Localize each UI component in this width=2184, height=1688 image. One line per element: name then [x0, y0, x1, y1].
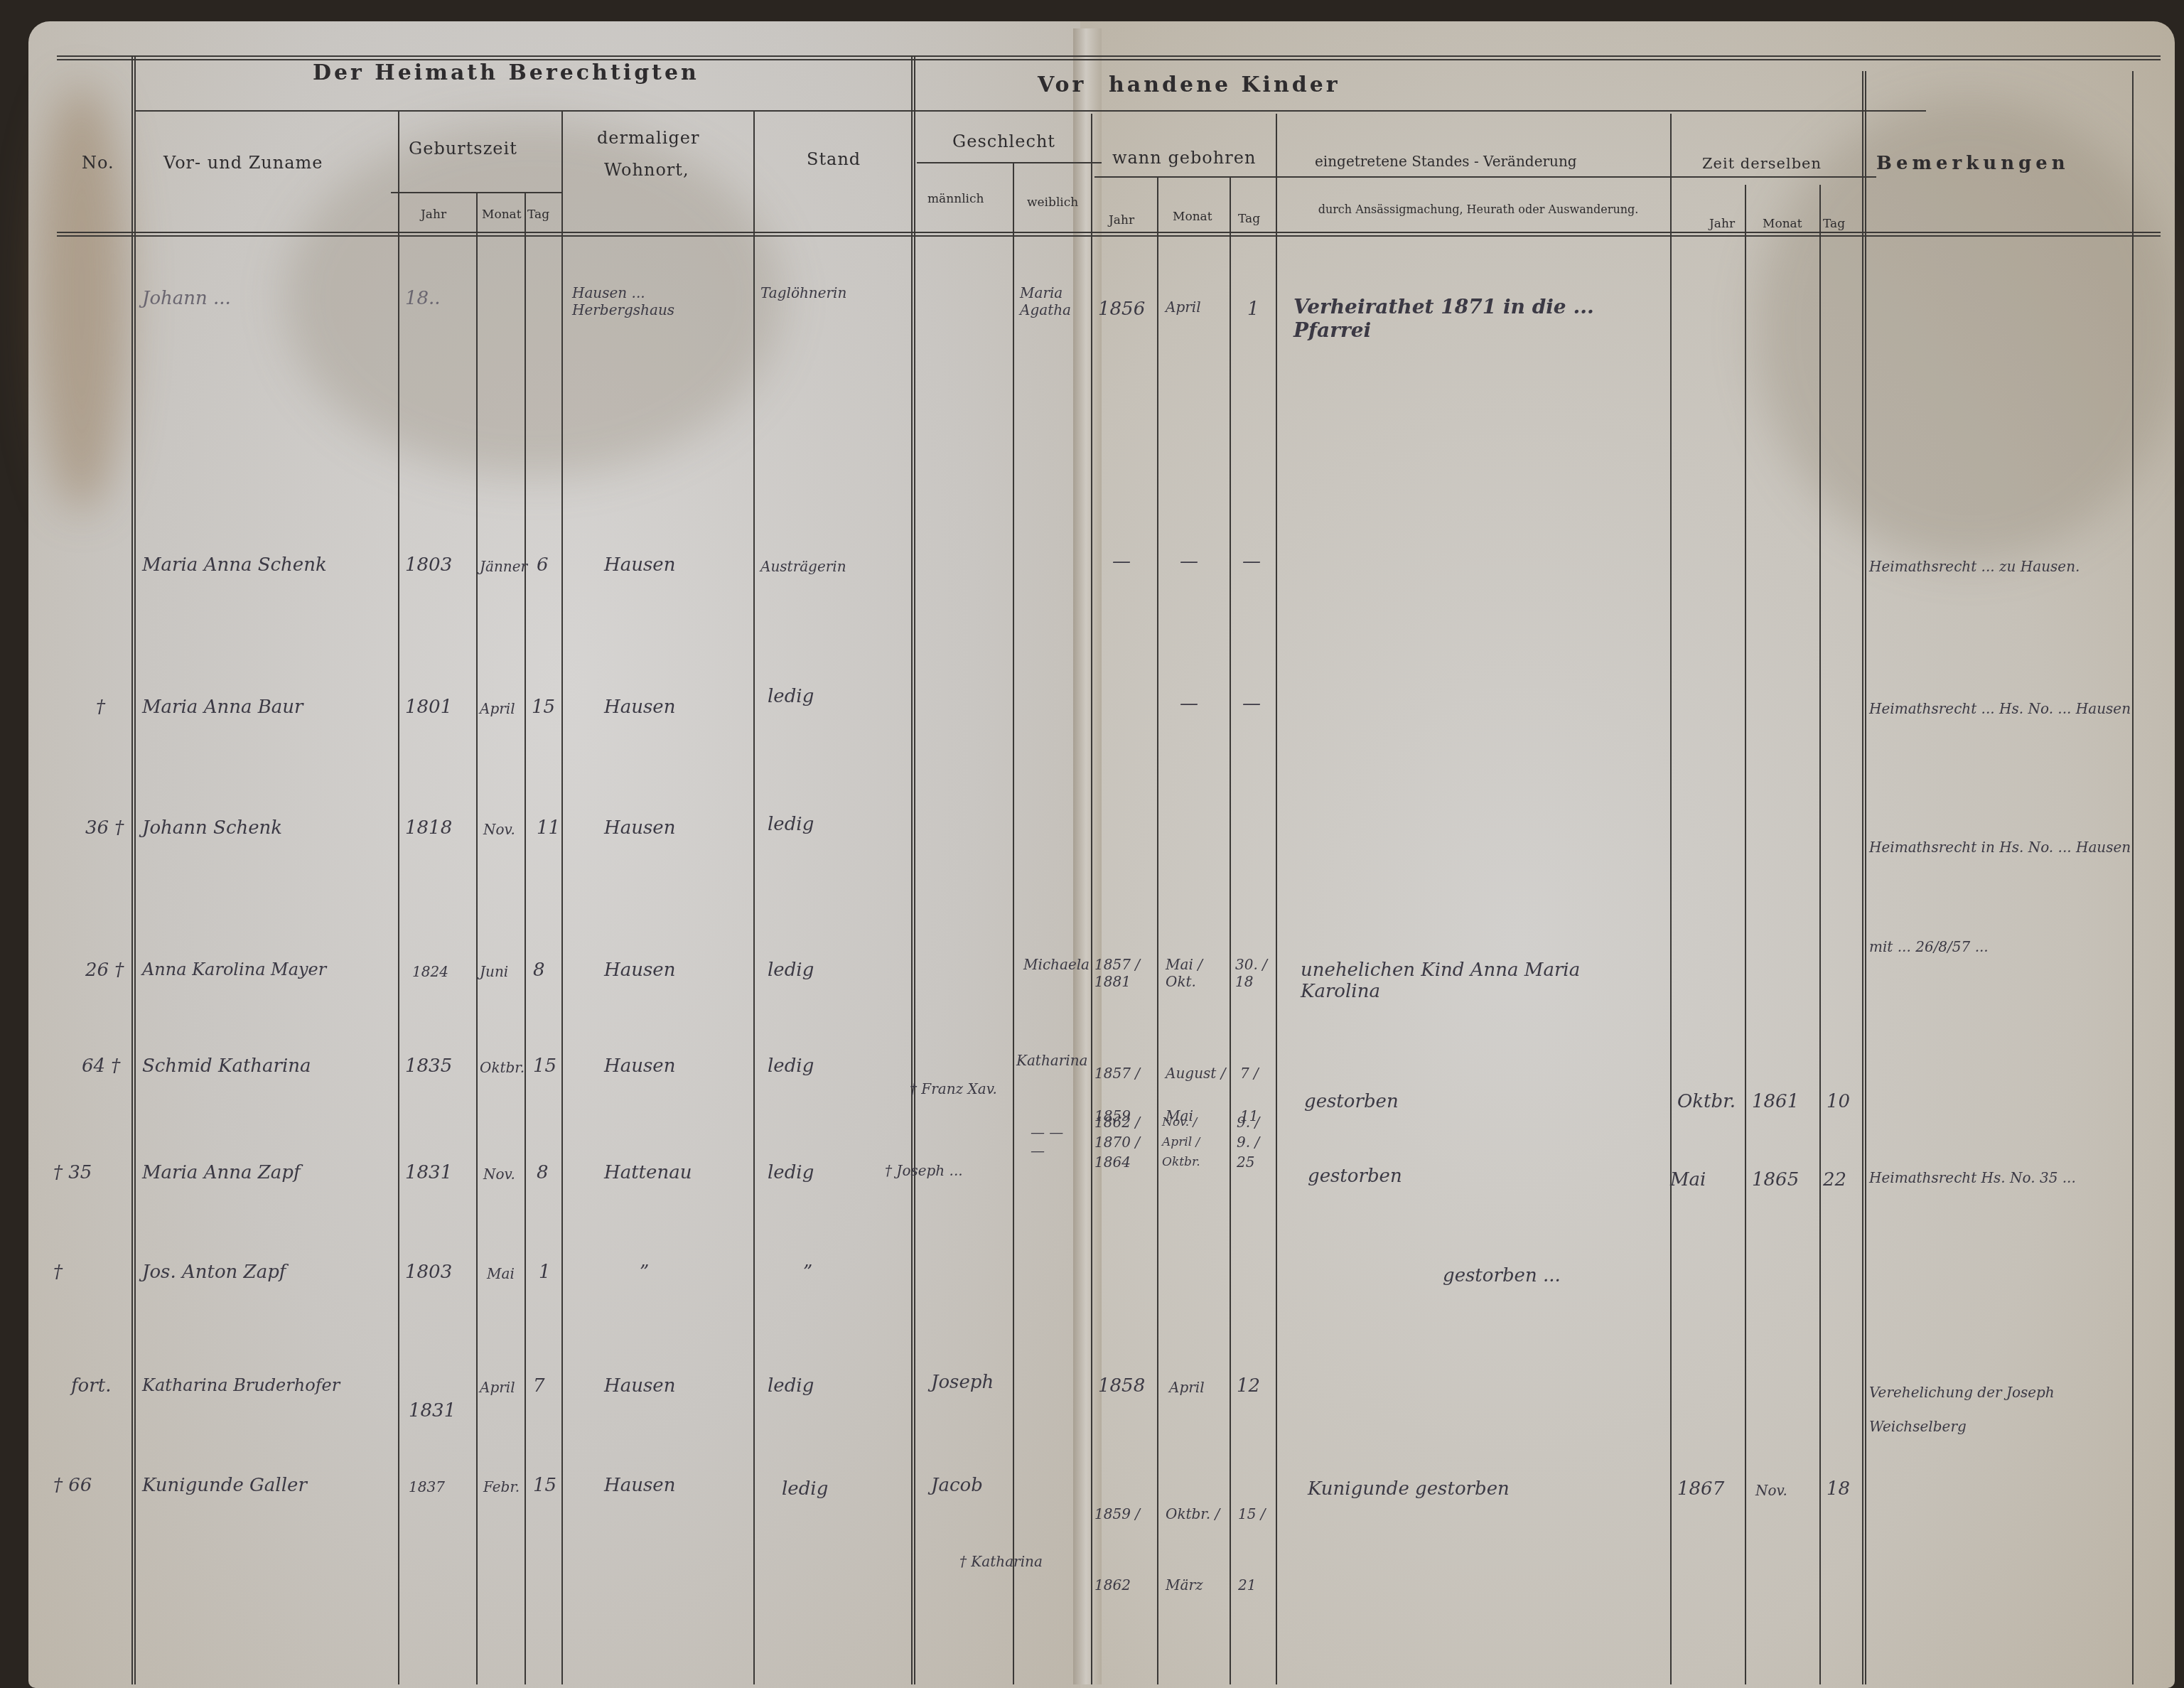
- header-bottom-rule: [57, 232, 2161, 237]
- entry-male-child: Jacob: [931, 1475, 983, 1496]
- entry-child-year: 1858: [1098, 1375, 1145, 1397]
- entry-birth-month: Oktbr.: [480, 1059, 525, 1076]
- entry-name: Anna Karolina Mayer: [142, 959, 326, 979]
- entry-name: Schmid Katharina: [142, 1055, 311, 1077]
- entry-birth-year: 1803: [405, 1262, 452, 1283]
- entry-name: Maria Anna Zapf: [142, 1162, 301, 1183]
- entry-residence: Hausen ... Herbergshaus: [572, 284, 750, 318]
- entry-status: ”: [803, 1262, 812, 1283]
- children-sub-rule: [1094, 176, 1876, 178]
- entry-child-month: Oktbr. / März: [1166, 1478, 1230, 1620]
- entry-change: gestorben ...: [1443, 1265, 1561, 1286]
- entry-child-day: 15 / 21: [1238, 1478, 1274, 1620]
- book-gutter: [1073, 28, 1102, 1684]
- entry-name: Maria Anna Baur: [142, 697, 303, 718]
- col-rule: [1670, 114, 1672, 1684]
- col-rule: [1091, 114, 1092, 1684]
- entry-child-year: 1856: [1098, 299, 1145, 320]
- entry-no: fort.: [71, 1375, 111, 1397]
- col-rule: [911, 57, 915, 1684]
- col-child-month: Monat: [1173, 210, 1212, 224]
- entry-time-month: 1865: [1752, 1169, 1799, 1190]
- entry-male-child: Joseph: [931, 1372, 994, 1393]
- entry-name: Johann ...: [142, 288, 231, 309]
- header-mid-rule: [135, 110, 1926, 112]
- entry-birth-year: 1835: [405, 1055, 452, 1077]
- right-page-title-prefix: Vor: [1038, 72, 1086, 97]
- entry-male-child: † Franz Xav.: [910, 1080, 1016, 1097]
- col-birth-month: Monat: [482, 208, 522, 222]
- col-rule: [525, 192, 526, 1684]
- entry-birth-month: Nov.: [483, 821, 515, 838]
- entry-no: 64 †: [82, 1055, 120, 1077]
- entry-birth-month: April: [480, 1379, 515, 1396]
- entry-no: 36 †: [85, 817, 124, 839]
- entry-no: † 66: [53, 1475, 92, 1496]
- entry-no: 26 †: [85, 959, 124, 981]
- col-rule: [2132, 71, 2134, 1684]
- entry-residence: Hausen: [604, 1475, 675, 1496]
- entry-child-year: 1857 / 1881: [1094, 956, 1158, 990]
- entry-change: Verheirathet 1871 in die ... Pfarrei: [1293, 295, 1663, 342]
- entry-child-month: Mai / Okt.: [1166, 956, 1230, 990]
- entry-status: ledig: [782, 1478, 828, 1500]
- entry-no: †: [53, 1262, 63, 1283]
- col-birth-year: Jahr: [421, 208, 446, 222]
- entry-birth-day: 8: [533, 959, 545, 981]
- col-time-day: Tag: [1823, 217, 1845, 231]
- entry-female-child: Michaela: [1023, 956, 1090, 973]
- entry-birth-year: 1831: [405, 1162, 452, 1183]
- edge-stain: [36, 85, 128, 512]
- entry-birth-day: 7: [533, 1375, 545, 1397]
- entry-child-day: 30. / 18: [1235, 956, 1278, 990]
- left-page-title: Der Heimath Berechtigten: [313, 60, 699, 85]
- col-rule: [1157, 178, 1158, 1684]
- entry-name: Katharina Bruderhofer: [142, 1375, 340, 1395]
- col-change-sub: durch Ansässigmachung, Heurath oder Ausw…: [1301, 203, 1656, 216]
- entry-birth-year: 1818: [405, 817, 452, 839]
- col-rule: [561, 110, 563, 1684]
- col-child-year: Jahr: [1109, 213, 1134, 227]
- entry-child-month: —: [1180, 551, 1198, 572]
- col-time-month: Monat: [1763, 217, 1802, 231]
- entry-remarks: Heimathsrecht Hs. No. 35 ...: [1869, 1169, 2175, 1186]
- col-rule: [1230, 178, 1231, 1684]
- col-rule: [131, 57, 136, 1684]
- entry-birth-day: 15: [533, 1475, 556, 1496]
- entry-birth-year: 18..: [405, 288, 441, 309]
- entry-status: ledig: [768, 1055, 814, 1077]
- entry-no: † 35: [53, 1162, 92, 1183]
- col-rule: [1862, 71, 1866, 1684]
- col-residence-line2: Wohnort,: [604, 160, 689, 180]
- entry-child-day: 9. / 9. / 25: [1237, 1112, 1272, 1172]
- col-time: Zeit derselben: [1702, 155, 1822, 172]
- entry-birth-day: 15: [533, 1055, 556, 1077]
- entry-residence: Hattenau: [604, 1162, 692, 1183]
- entry-child-month: —: [1180, 693, 1198, 714]
- entry-name: Jos. Anton Zapf: [142, 1262, 286, 1283]
- entry-birth-day: 1: [539, 1262, 551, 1283]
- entry-birth-month: Nov.: [483, 1166, 515, 1183]
- entry-birth-month: Jänner: [480, 558, 527, 575]
- entry-change: gestorben: [1304, 1091, 1399, 1112]
- col-child-day: Tag: [1238, 212, 1260, 226]
- entry-residence: Hausen: [604, 554, 675, 576]
- col-birth-day: Tag: [527, 208, 549, 222]
- entry-time-year: Oktbr.: [1677, 1091, 1736, 1112]
- entry-residence: Hausen: [604, 817, 675, 839]
- col-born: wann gebohren: [1112, 148, 1256, 168]
- entry-female-child: † Katharina: [959, 1553, 1043, 1570]
- entry-child-day: —: [1242, 693, 1261, 714]
- col-remarks: Bemerkungen: [1876, 153, 2070, 174]
- entry-male-child: † Joseph ...: [885, 1162, 963, 1179]
- entry-birth-day: 6: [537, 554, 549, 576]
- entry-remarks: mit ... 26/8/57 ...: [1869, 938, 2132, 955]
- entry-birth-month: Febr.: [483, 1478, 520, 1495]
- entry-birth-day: 15: [532, 697, 555, 718]
- entry-child-month: April: [1166, 299, 1201, 316]
- col-birth: Geburtszeit: [409, 139, 517, 158]
- col-rule: [476, 192, 478, 1684]
- right-page-title: handene Kinder: [1109, 72, 1340, 97]
- col-rule: [1013, 163, 1014, 1684]
- col-rule: [753, 110, 755, 1684]
- entry-status: ledig: [768, 686, 814, 707]
- entry-remarks: Heimathsrecht in Hs. No. ... Hausen: [1869, 839, 2132, 856]
- entry-child-day: 1: [1247, 299, 1259, 320]
- entry-birth-year: 1803: [405, 554, 452, 576]
- col-no: No.: [82, 153, 114, 173]
- entry-time-year: 1867: [1677, 1478, 1724, 1500]
- entry-name: Kunigunde Galler: [142, 1475, 307, 1496]
- col-sex: Geschlecht: [952, 131, 1055, 151]
- entry-child-year: —: [1112, 551, 1131, 572]
- entry-time-day: 22: [1823, 1169, 1846, 1190]
- entry-birth-year: 1801: [405, 697, 452, 718]
- entry-status: Taglöhnerin: [760, 284, 846, 301]
- entry-status: ledig: [768, 1162, 814, 1183]
- entry-time-year: Mai: [1670, 1169, 1706, 1190]
- entry-residence: ”: [640, 1262, 649, 1283]
- entry-birth-month: Mai: [487, 1265, 515, 1282]
- entry-female-child: — — —: [1031, 1123, 1073, 1160]
- entry-female-child: Maria Agatha: [1020, 284, 1091, 318]
- col-male: männlich: [927, 192, 984, 206]
- entry-birth-year: 1831: [409, 1400, 456, 1421]
- entry-time-month: Nov.: [1755, 1482, 1787, 1499]
- entry-remarks: Heimathsrecht ... Hs. No. ... Hausen: [1869, 700, 2132, 717]
- entry-birth-year: 1837: [409, 1478, 445, 1495]
- sex-sub-rule: [917, 162, 1102, 163]
- entry-change: Kunigunde gestorben: [1308, 1478, 1510, 1500]
- entry-residence: Hausen: [604, 697, 675, 718]
- entry-child-year: 1859 / 1862: [1094, 1478, 1158, 1620]
- col-rule: [1819, 185, 1821, 1684]
- entry-status: ledig: [768, 1375, 814, 1397]
- col-residence-line1: dermaliger: [597, 128, 700, 148]
- col-rule: [398, 110, 399, 1684]
- entry-residence: Hausen: [604, 1055, 675, 1077]
- entry-birth-year: 1824: [412, 963, 448, 980]
- col-name: Vor- und Zuname: [163, 153, 323, 173]
- entry-time-day: 10: [1827, 1091, 1850, 1112]
- entry-residence: Hausen: [604, 1375, 675, 1397]
- entry-no: †: [96, 697, 105, 718]
- entry-residence: Hausen: [604, 959, 675, 981]
- entry-birth-month: April: [480, 700, 515, 717]
- entry-remarks: Verehelichung der Joseph Weichselberg: [1869, 1375, 2132, 1444]
- header-top-rule: [57, 55, 2161, 60]
- entry-name: Maria Anna Schenk: [142, 554, 327, 576]
- col-time-year: Jahr: [1709, 217, 1735, 231]
- entry-time-month: 1861: [1752, 1091, 1799, 1112]
- entry-female-child: Katharina: [1016, 1052, 1087, 1069]
- ledger-book: Der Heimath Berechtigten Vor handene Kin…: [14, 14, 2175, 1684]
- entry-child-month: April: [1169, 1379, 1205, 1396]
- entry-child-year: 1862 / 1870 / 1864: [1094, 1112, 1158, 1172]
- col-rule: [1745, 185, 1746, 1684]
- col-female: weiblich: [1027, 195, 1078, 210]
- entry-remarks: Heimathsrecht ... zu Hausen.: [1869, 558, 2132, 575]
- col-status: Stand: [807, 149, 861, 169]
- entry-change: unehelichen Kind Anna Maria Karolina: [1301, 959, 1656, 1002]
- entry-name: Johann Schenk: [142, 817, 282, 839]
- col-change: eingetretene Standes - Veränderung: [1315, 153, 1577, 170]
- entry-status: ledig: [768, 959, 814, 981]
- entry-time-day: 18: [1827, 1478, 1850, 1500]
- entry-status: ledig: [768, 814, 814, 835]
- entry-birth-month: Juni: [480, 963, 508, 980]
- entry-birth-day: 8: [537, 1162, 549, 1183]
- col-rule: [1276, 114, 1277, 1684]
- entry-status: Austrägerin: [760, 558, 846, 575]
- entry-change: gestorben: [1308, 1166, 1402, 1187]
- entry-child-day: —: [1242, 551, 1261, 572]
- entry-child-month: Nov. / April / Oktbr.: [1162, 1112, 1230, 1172]
- entry-child-day: 12: [1237, 1375, 1260, 1397]
- entry-birth-day: 11: [537, 817, 560, 839]
